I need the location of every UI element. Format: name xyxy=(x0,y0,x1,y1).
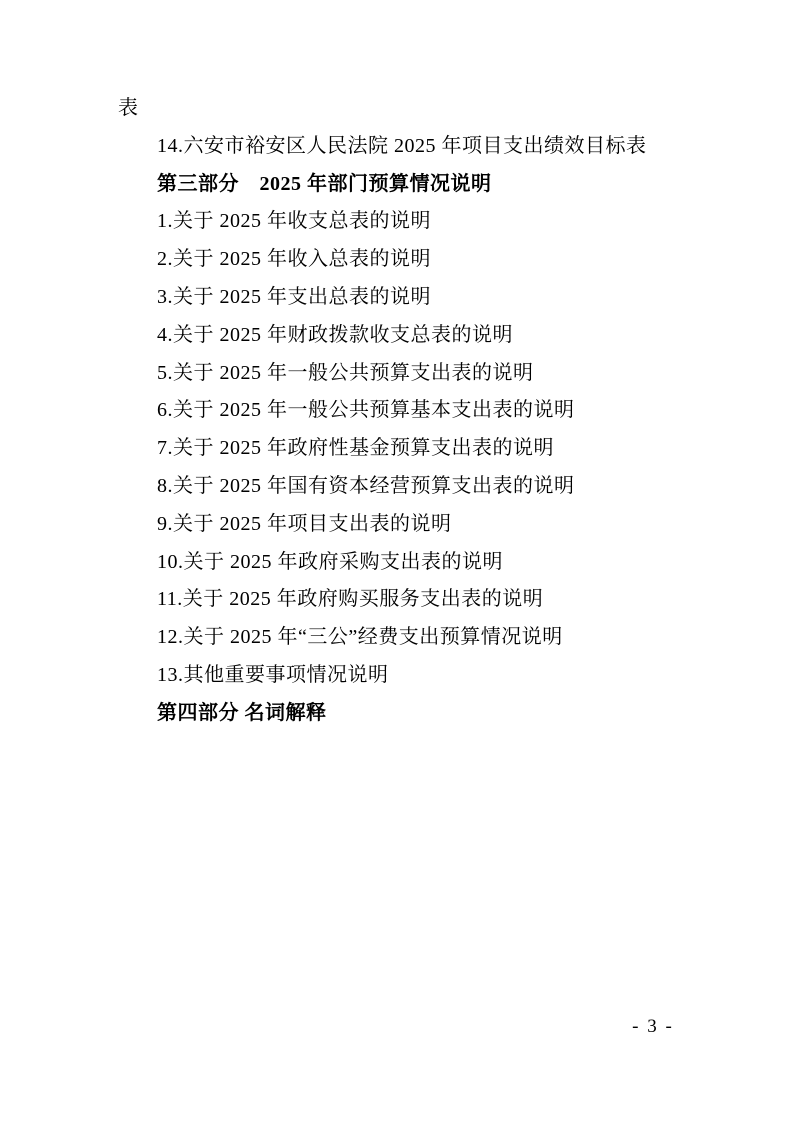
page-number: - 3 - xyxy=(608,1012,698,1042)
toc-item-6: 6.关于 2025 年一般公共预算基本支出表的说明 xyxy=(157,392,693,430)
toc-item-11: 11.关于 2025 年政府购买服务支出表的说明 xyxy=(157,581,693,619)
toc-item-8: 8.关于 2025 年国有资本经营预算支出表的说明 xyxy=(157,468,693,506)
toc-item-13: 13.其他重要事项情况说明 xyxy=(157,657,693,695)
toc-item-10: 10.关于 2025 年政府采购支出表的说明 xyxy=(157,544,693,582)
toc-item-4: 4.关于 2025 年财政拨款收支总表的说明 xyxy=(157,317,693,355)
toc-item-1: 1.关于 2025 年收支总表的说明 xyxy=(157,203,693,241)
toc-item-3: 3.关于 2025 年支出总表的说明 xyxy=(157,279,693,317)
section-heading-part4: 第四部分 名词解释 xyxy=(157,695,693,733)
section-heading-part3: 第三部分 2025 年部门预算情况说明 xyxy=(157,166,693,204)
document-page: 表 14.六安市裕安区人民法院 2025 年项目支出绩效目标表 第三部分 202… xyxy=(0,0,793,1122)
toc-item-14: 14.六安市裕安区人民法院 2025 年项目支出绩效目标表 xyxy=(157,128,693,166)
toc-item-2: 2.关于 2025 年收入总表的说明 xyxy=(157,241,693,279)
toc-item-9: 9.关于 2025 年项目支出表的说明 xyxy=(157,506,693,544)
toc-continuation-line: 表 xyxy=(118,90,693,128)
toc-content: 表 14.六安市裕安区人民法院 2025 年项目支出绩效目标表 第三部分 202… xyxy=(118,90,693,733)
toc-item-12: 12.关于 2025 年“三公”经费支出预算情况说明 xyxy=(157,619,693,657)
toc-item-7: 7.关于 2025 年政府性基金预算支出表的说明 xyxy=(157,430,693,468)
toc-item-5: 5.关于 2025 年一般公共预算支出表的说明 xyxy=(157,355,693,393)
